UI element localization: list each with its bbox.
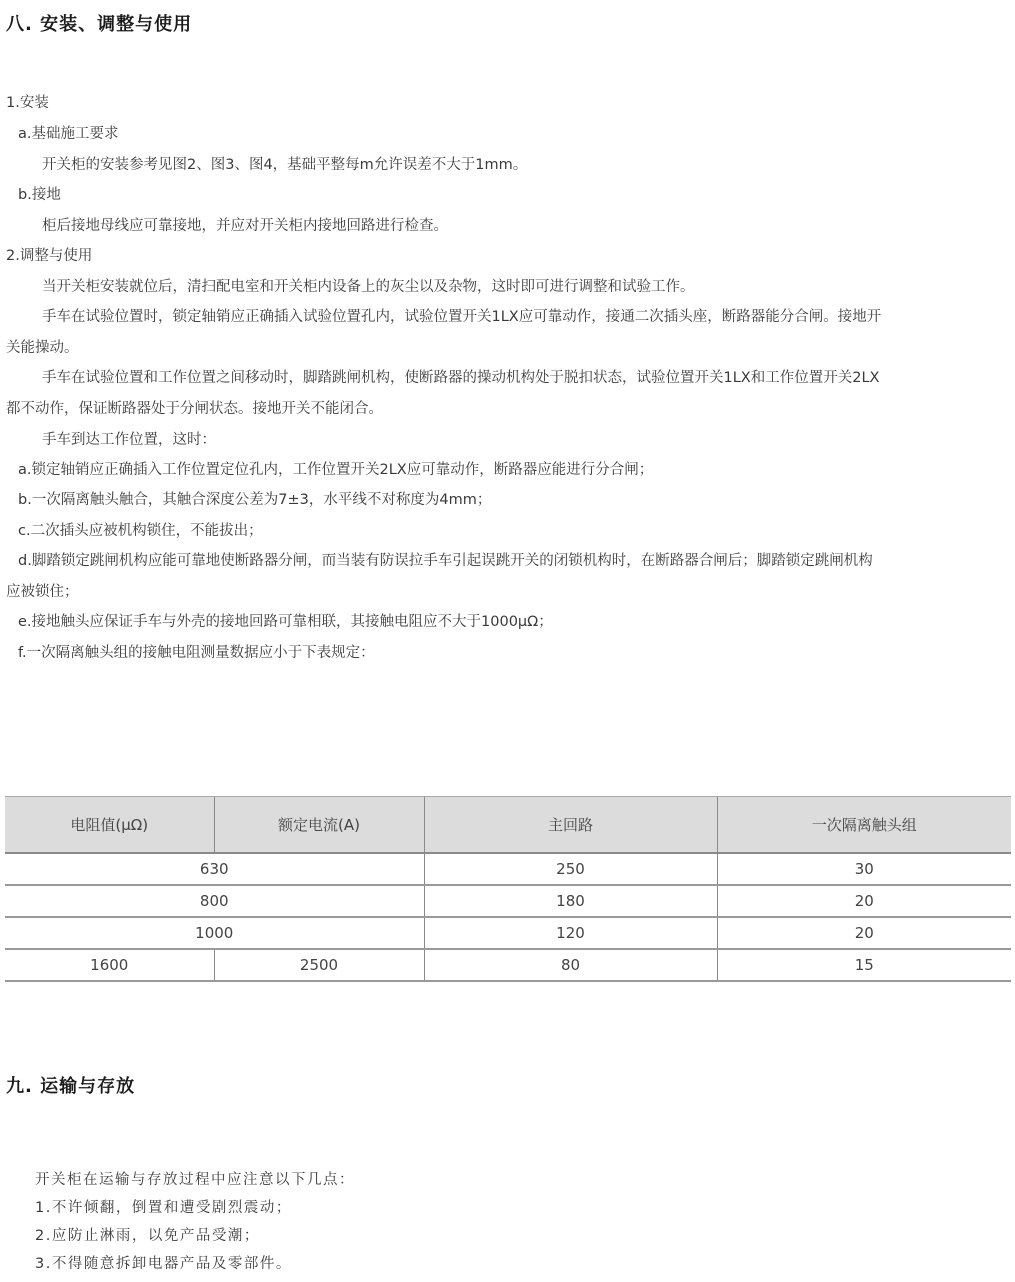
install-heading: 1.安装 [6, 93, 49, 113]
adjust-heading: 2.调整与使用 [6, 246, 92, 266]
header-resistance: 电阻值(μΩ) [5, 797, 214, 854]
adjust-para-2: 手车在试验位置时，锁定轴销应正确插入试验位置孔内，试验位置开关1LX应可靠动作，… [42, 307, 881, 327]
grounding-heading: b.接地 [18, 185, 61, 205]
adjust-para-2-cont: 关能操动。 [6, 338, 79, 358]
transport-intro: 开关柜在运输与存放过程中应注意以下几点： [35, 1170, 355, 1190]
rated-current-cell: 1000 [5, 917, 424, 949]
table-row: 1600 2500 80 15 [5, 949, 1011, 981]
contact-cell: 15 [717, 949, 1011, 981]
rated-current-cell: 800 [5, 885, 424, 917]
table-header-row: 电阻值(μΩ) 额定电流(A) 主回路 一次隔离触头组 [5, 797, 1011, 854]
main-circuit-cell: 120 [424, 917, 717, 949]
rated-current-cell: 2500 [214, 949, 424, 981]
transport-item-3: 3.不得随意拆卸电器产品及零部件。 [35, 1254, 292, 1274]
item-f: f.一次隔离触头组的接触电阻测量数据应小于下表规定： [18, 643, 375, 663]
item-d: d.脚踏锁定跳闸机构应能可靠地使断路器分闸，而当装有防误拉手车引起误跳开关的闭锁… [18, 551, 873, 571]
rated-current-cell: 1600 [5, 949, 214, 981]
main-circuit-cell: 80 [424, 949, 717, 981]
item-c: c.二次插头应被机构锁住，不能拔出； [18, 521, 263, 541]
header-main-circuit: 主回路 [424, 797, 717, 854]
item-b: b.一次隔离触头触合，其触合深度公差为7±3，水平线不对称度为4mm； [18, 490, 491, 510]
contact-cell: 20 [717, 885, 1011, 917]
header-rated-current: 额定电流(A) [214, 797, 424, 854]
table-row: 800 180 20 [5, 885, 1011, 917]
contact-cell: 30 [717, 853, 1011, 885]
adjust-para-1: 当开关柜安装就位后，清扫配电室和开关柜内设备上的灰尘以及杂物，这时即可进行调整和… [42, 277, 695, 297]
section-8-title: 八. 安装、调整与使用 [6, 10, 192, 36]
grounding-text: 柜后接地母线应可靠接地，并应对开关柜内接地回路进行检查。 [42, 216, 448, 236]
resistance-table: 电阻值(μΩ) 额定电流(A) 主回路 一次隔离触头组 630 250 30 8… [5, 796, 1011, 982]
foundation-heading: a.基础施工要求 [18, 124, 119, 144]
section-9-title: 九. 运输与存放 [6, 1072, 135, 1098]
adjust-para-4: 手车到达工作位置，这时： [42, 430, 216, 450]
item-e: e.接地触头应保证手车与外壳的接地回路可靠相联，其接触电阻应不大于1000μΩ； [18, 612, 553, 632]
contact-cell: 20 [717, 917, 1011, 949]
main-circuit-cell: 180 [424, 885, 717, 917]
foundation-text: 开关柜的安装参考见图2、图3、图4，基础平整每m允许误差不大于1mm。 [42, 155, 527, 175]
transport-item-1: 1.不许倾翻，倒置和遭受剧烈震动； [35, 1198, 292, 1218]
item-d-cont: 应被锁住； [6, 582, 79, 602]
table-row: 630 250 30 [5, 853, 1011, 885]
item-a: a.锁定轴销应正确插入工作位置定位孔内，工作位置开关2LX应可靠动作，断路器应能… [18, 460, 653, 480]
rated-current-cell: 630 [5, 853, 424, 885]
adjust-para-3-cont: 都不动作，保证断路器处于分闸状态。接地开关不能闭合。 [6, 399, 383, 419]
main-circuit-cell: 250 [424, 853, 717, 885]
transport-item-2: 2.应防止淋雨，以免产品受潮； [35, 1226, 260, 1246]
header-isolating-contact: 一次隔离触头组 [717, 797, 1011, 854]
adjust-para-3: 手车在试验位置和工作位置之间移动时，脚踏跳闸机构，使断路器的操动机构处于脱扣状态… [42, 368, 879, 388]
table-row: 1000 120 20 [5, 917, 1011, 949]
